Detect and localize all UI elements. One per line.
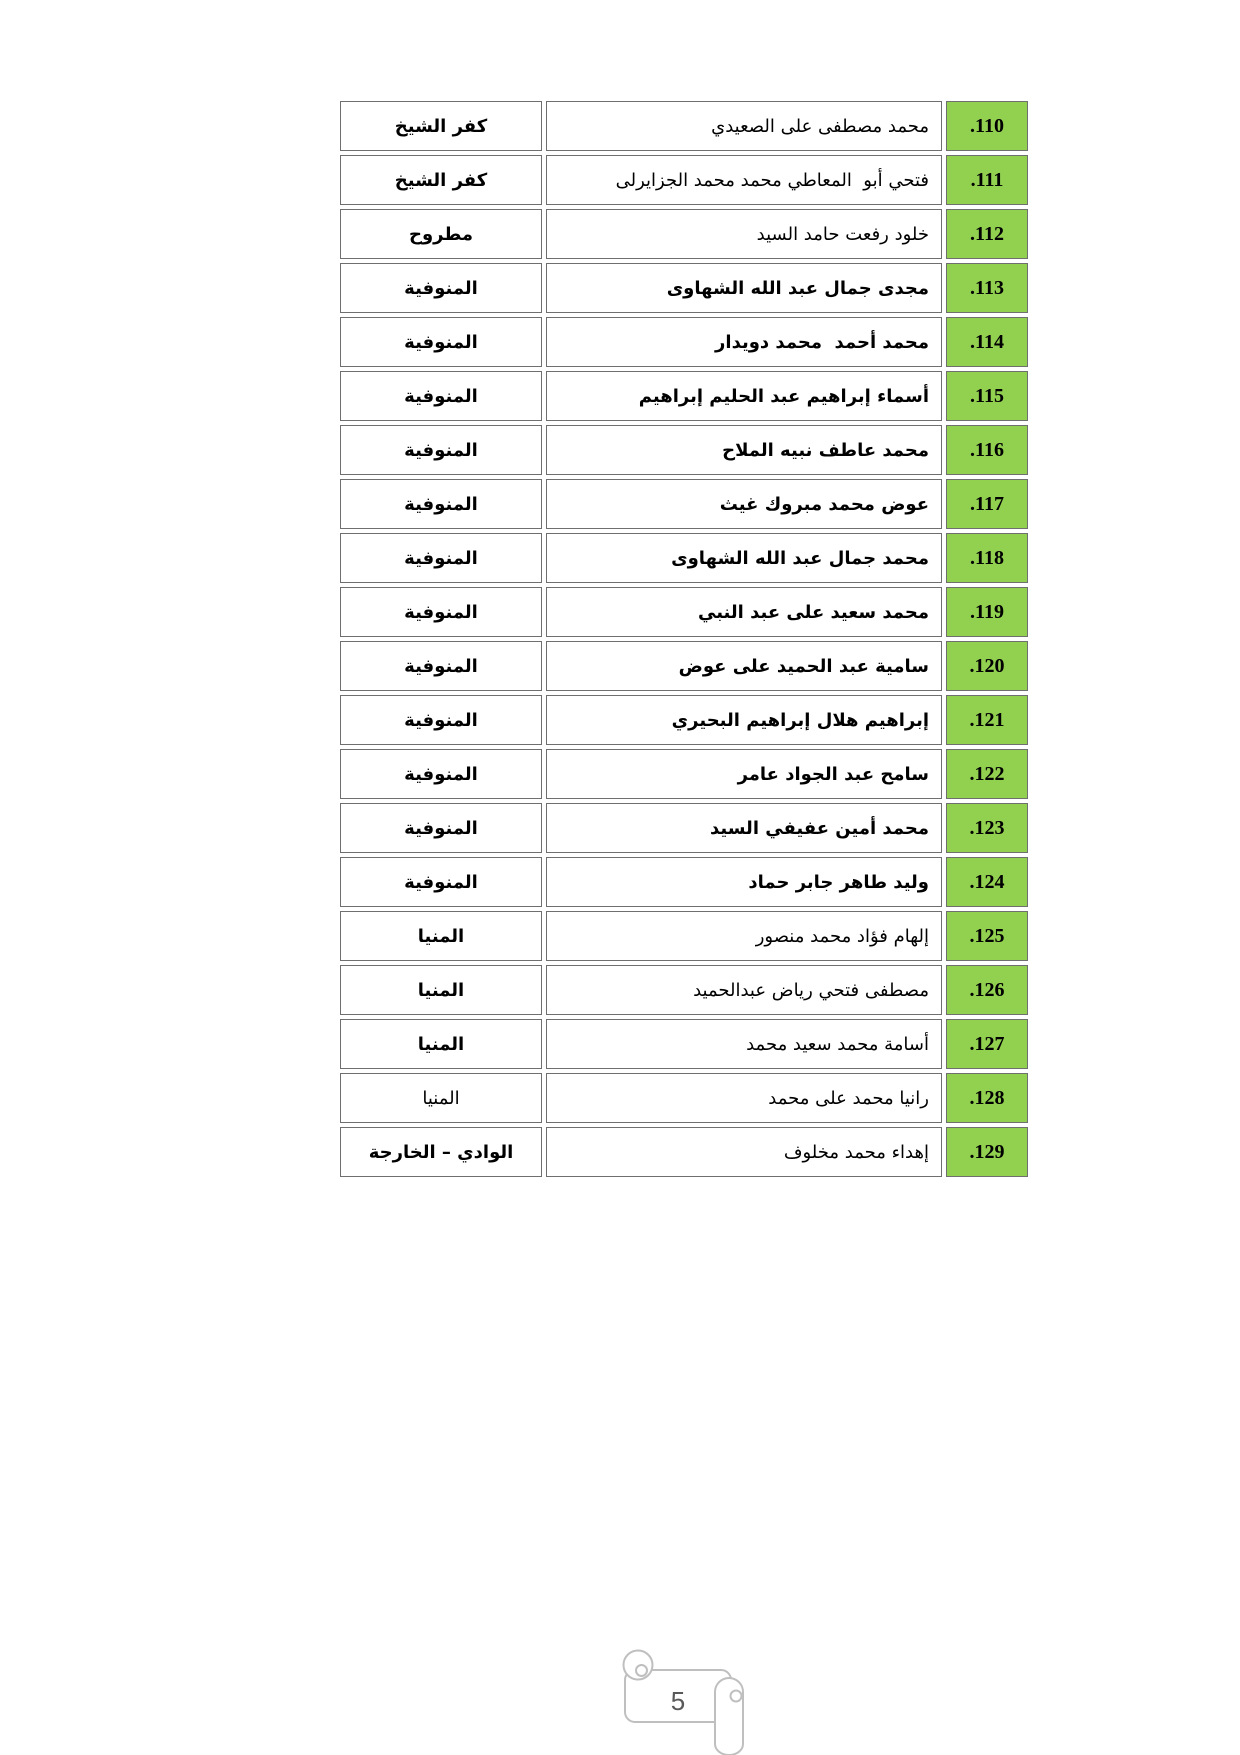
row-number-cell: 121. xyxy=(946,695,1028,745)
person-name-cell: محمد جمال عبد الله الشهاوى xyxy=(546,533,942,583)
governorate-cell: المنوفية xyxy=(340,371,542,421)
row-number-cell: 110. xyxy=(946,101,1028,151)
scroll-right-curl xyxy=(731,1691,742,1702)
governorate-cell: كفر الشيخ xyxy=(340,155,542,205)
scroll-left-curl xyxy=(636,1665,647,1676)
table-row: 122. سامح عبد الجواد عامر المنوفية xyxy=(340,749,1028,799)
governorate-cell: المنيا xyxy=(340,965,542,1015)
person-name-cell: سامية عبد الحميد على عوض xyxy=(546,641,942,691)
person-name-cell: مصطفى فتحي رياض عبدالحميد xyxy=(546,965,942,1015)
governorate-cell: المنوفية xyxy=(340,533,542,583)
row-number-cell: 129. xyxy=(946,1127,1028,1177)
table-row: 129. إهداء محمد مخلوف الوادي – الخارجة xyxy=(340,1127,1028,1177)
row-number-cell: 123. xyxy=(946,803,1028,853)
governorate-cell: المنوفية xyxy=(340,425,542,475)
table-row: 115. أسماء إبراهيم عبد الحليم إبراهيم ال… xyxy=(340,371,1028,421)
document-page: 110. محمد مصطفى على الصعيدي كفر الشيخ 11… xyxy=(0,0,1240,1755)
row-number-cell: 111. xyxy=(946,155,1028,205)
table-row: 123. محمد أمين عفيفي السيد المنوفية xyxy=(340,803,1028,853)
row-number-cell: 116. xyxy=(946,425,1028,475)
governorate-cell: مطروح xyxy=(340,209,542,259)
row-number-cell: 119. xyxy=(946,587,1028,637)
governorate-cell: المنوفية xyxy=(340,641,542,691)
row-number-cell: 118. xyxy=(946,533,1028,583)
governorate-cell: المنيا xyxy=(340,1073,542,1123)
table-row: 127. أسامة محمد سعيد محمد المنيا xyxy=(340,1019,1028,1069)
row-number-cell: 120. xyxy=(946,641,1028,691)
governorate-cell: المنوفية xyxy=(340,803,542,853)
table-row: 118. محمد جمال عبد الله الشهاوى المنوفية xyxy=(340,533,1028,583)
governorate-cell: المنوفية xyxy=(340,263,542,313)
person-name-cell: إهداء محمد مخلوف xyxy=(546,1127,942,1177)
row-number-cell: 117. xyxy=(946,479,1028,529)
person-name-cell: محمد سعيد على عبد النبي xyxy=(546,587,942,637)
table-row: 114. محمد أحمد محمد دويدار المنوفية xyxy=(340,317,1028,367)
table-row: 120. سامية عبد الحميد على عوض المنوفية xyxy=(340,641,1028,691)
person-name-cell: محمد أمين عفيفي السيد xyxy=(546,803,942,853)
governorate-cell: المنيا xyxy=(340,911,542,961)
roster-table: 110. محمد مصطفى على الصعيدي كفر الشيخ 11… xyxy=(336,97,1032,1181)
row-number-cell: 124. xyxy=(946,857,1028,907)
governorate-cell: المنوفية xyxy=(340,317,542,367)
page-number: 5 xyxy=(671,1686,685,1716)
governorate-cell: المنيا xyxy=(340,1019,542,1069)
person-name-cell: مجدى جمال عبد الله الشهاوى xyxy=(546,263,942,313)
table-row: 125. إلهام فؤاد محمد منصور المنيا xyxy=(340,911,1028,961)
row-number-cell: 113. xyxy=(946,263,1028,313)
governorate-cell: المنوفية xyxy=(340,479,542,529)
governorate-cell: المنوفية xyxy=(340,587,542,637)
person-name-cell: محمد عاطف نبيه الملاح xyxy=(546,425,942,475)
person-name-cell: إبراهيم هلال إبراهيم البحيري xyxy=(546,695,942,745)
governorate-cell: المنوفية xyxy=(340,857,542,907)
row-number-cell: 125. xyxy=(946,911,1028,961)
person-name-cell: إلهام فؤاد محمد منصور xyxy=(546,911,942,961)
person-name-cell: سامح عبد الجواد عامر xyxy=(546,749,942,799)
scroll-icon: 5 xyxy=(605,1648,755,1755)
table-row: 116. محمد عاطف نبيه الملاح المنوفية xyxy=(340,425,1028,475)
person-name-cell: محمد أحمد محمد دويدار xyxy=(546,317,942,367)
person-name-cell: فتحي أبو المعاطي محمد محمد الجزايرلى xyxy=(546,155,942,205)
person-name-cell: أسامة محمد سعيد محمد xyxy=(546,1019,942,1069)
table-row: 121. إبراهيم هلال إبراهيم البحيري المنوف… xyxy=(340,695,1028,745)
row-number-cell: 127. xyxy=(946,1019,1028,1069)
table-row: 112. خلود رفعت حامد السيد مطروح xyxy=(340,209,1028,259)
row-number-cell: 112. xyxy=(946,209,1028,259)
table-row: 124. وليد طاهر جابر حماد المنوفية xyxy=(340,857,1028,907)
row-number-cell: 115. xyxy=(946,371,1028,421)
row-number-cell: 128. xyxy=(946,1073,1028,1123)
person-name-cell: رانيا محمد على محمد xyxy=(546,1073,942,1123)
table-row: 126. مصطفى فتحي رياض عبدالحميد المنيا xyxy=(340,965,1028,1015)
governorate-cell: كفر الشيخ xyxy=(340,101,542,151)
person-name-cell: وليد طاهر جابر حماد xyxy=(546,857,942,907)
table-row: 110. محمد مصطفى على الصعيدي كفر الشيخ xyxy=(340,101,1028,151)
person-name-cell: محمد مصطفى على الصعيدي xyxy=(546,101,942,151)
table-row: 111. فتحي أبو المعاطي محمد محمد الجزايرل… xyxy=(340,155,1028,205)
table-row: 128. رانيا محمد على محمد المنيا xyxy=(340,1073,1028,1123)
person-name-cell: أسماء إبراهيم عبد الحليم إبراهيم xyxy=(546,371,942,421)
scroll-right-roll xyxy=(715,1678,743,1755)
row-number-cell: 126. xyxy=(946,965,1028,1015)
governorate-cell: المنوفية xyxy=(340,749,542,799)
row-number-cell: 114. xyxy=(946,317,1028,367)
table-row: 119. محمد سعيد على عبد النبي المنوفية xyxy=(340,587,1028,637)
row-number-cell: 122. xyxy=(946,749,1028,799)
table-row: 113. مجدى جمال عبد الله الشهاوى المنوفية xyxy=(340,263,1028,313)
person-name-cell: عوض محمد مبروك غيث xyxy=(546,479,942,529)
roster-table-body: 110. محمد مصطفى على الصعيدي كفر الشيخ 11… xyxy=(340,101,1028,1177)
person-name-cell: خلود رفعت حامد السيد xyxy=(546,209,942,259)
governorate-cell: المنوفية xyxy=(340,695,542,745)
governorate-cell: الوادي – الخارجة xyxy=(340,1127,542,1177)
table-row: 117. عوض محمد مبروك غيث المنوفية xyxy=(340,479,1028,529)
